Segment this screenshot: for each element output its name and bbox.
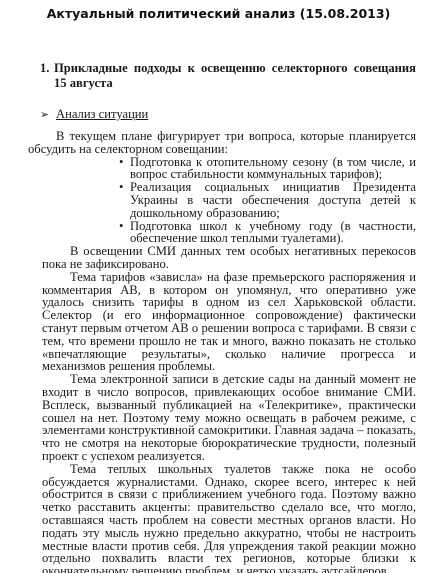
section-heading-text: Прикладные подходы к освещенню селекторн… — [54, 61, 416, 91]
list-item-text: Реализация социальных инициатив Президен… — [130, 180, 416, 220]
list-item: •Подготовка школ к учебному году (в част… — [119, 220, 416, 246]
bullet-icon: • — [119, 220, 123, 233]
bullet-icon: • — [119, 156, 123, 169]
list-item: •Подготовка к отопительному сезону (в то… — [119, 156, 416, 182]
list-item-text: Подготовка к отопительному сезону (в том… — [130, 155, 416, 182]
bullet-icon: • — [119, 181, 123, 194]
document-page: Актуальный политический анализ (15.08.20… — [0, 0, 437, 573]
subsection-heading: ➢Анализ ситуации — [40, 107, 148, 123]
intro-paragraph: В текущем плане фигурирует три вопроса, … — [28, 130, 416, 156]
arrow-bullet-icon: ➢ — [40, 108, 56, 123]
document-title: Актуальный политический анализ (15.08.20… — [0, 6, 437, 21]
section-number: 1. — [40, 61, 49, 76]
paragraph: Тема теплых школьных туалетов также пока… — [42, 463, 416, 573]
bullet-list: •Подготовка к отопительному сезону (в то… — [42, 156, 416, 246]
list-item: •Реализация социальных инициатив Президе… — [119, 181, 416, 219]
paragraph: Тема тарифов «зависла» на фазе премьерск… — [42, 271, 416, 373]
document-body: В текущем плане фигурирует три вопроса, … — [42, 130, 416, 573]
subsection-label: Анализ ситуации — [56, 107, 148, 121]
paragraph: В освещении СМИ данных тем особых негати… — [42, 245, 416, 271]
paragraph: Тема электронной записи в детские сады н… — [42, 373, 416, 463]
section-heading: 1. Прикладные подходы к освещенню селект… — [40, 61, 416, 91]
list-item-text: Подготовка школ к учебному году (в частн… — [130, 219, 416, 246]
